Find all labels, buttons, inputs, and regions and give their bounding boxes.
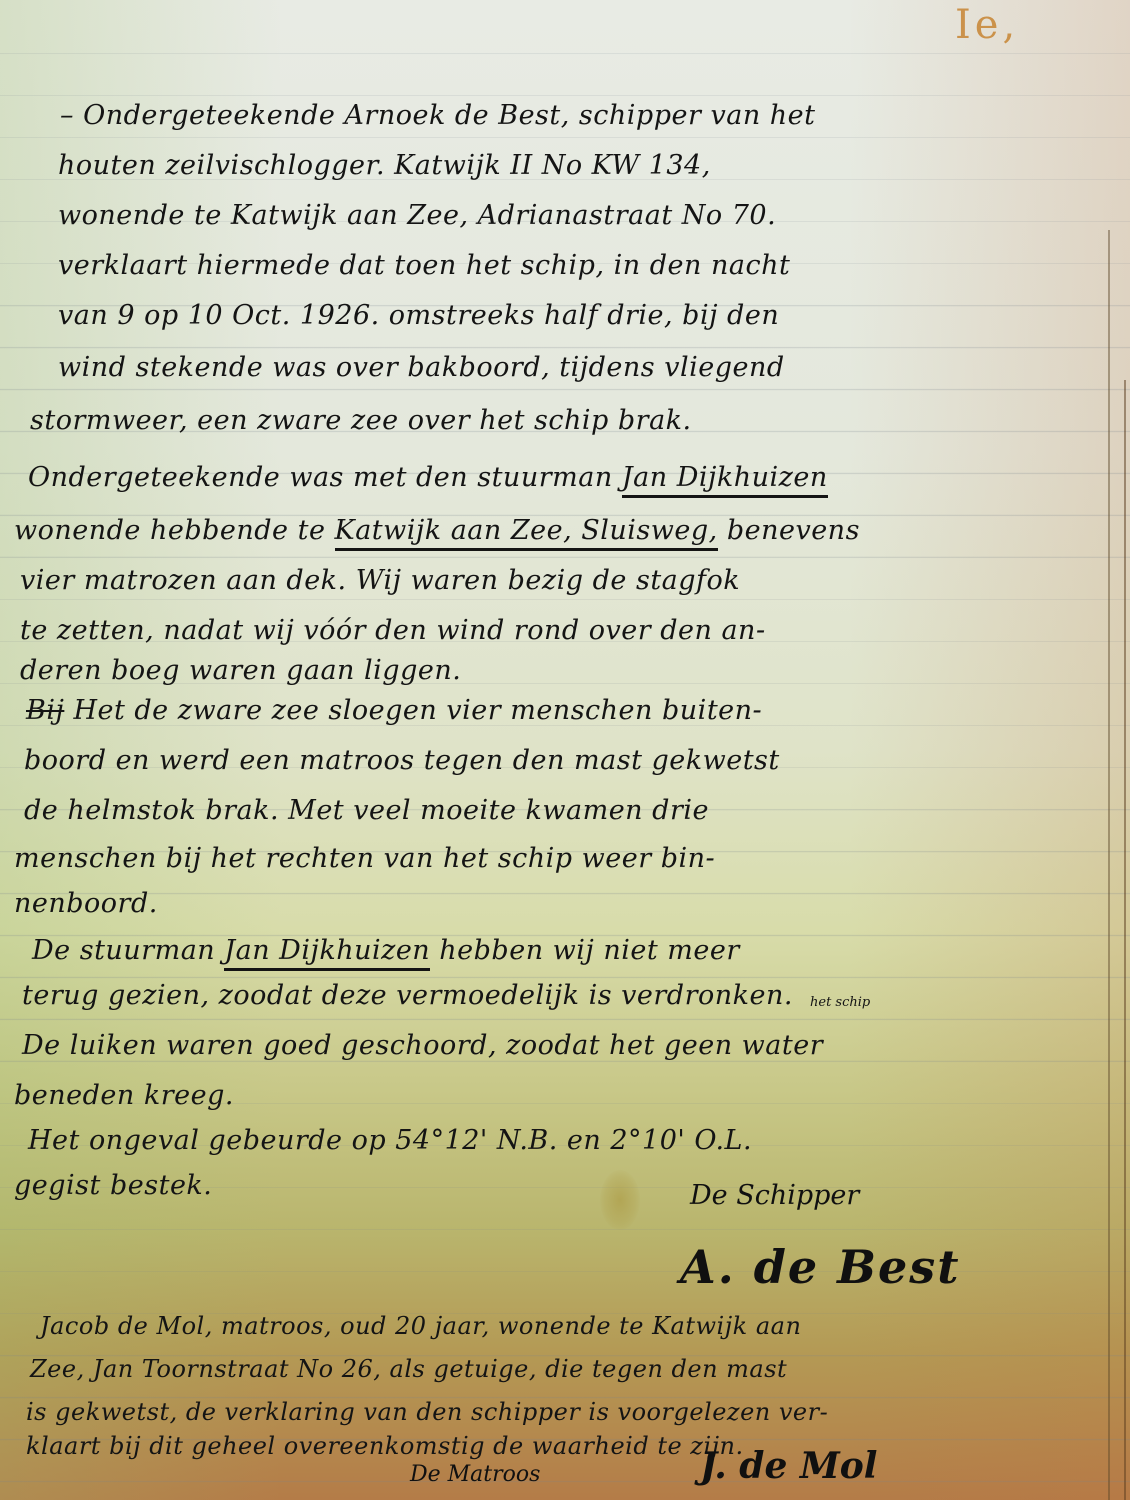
witness-line: Zee, Jan Toornstraat No 26, als getuige,… <box>30 1355 787 1383</box>
captain-signature: A. de Best <box>680 1240 960 1294</box>
body-line: gegist bestek. <box>14 1170 212 1201</box>
body-line: vier matrozen aan dek. Wij waren bezig d… <box>20 565 740 596</box>
body-line: beneden kreeg. <box>14 1080 234 1111</box>
body-text: De stuurman <box>32 935 224 966</box>
struck-word: Bij <box>26 695 64 726</box>
body-line: terug gezien, zoodat deze vermoedelijk i… <box>22 980 793 1011</box>
body-line: wind stekende was over bakboord, tijdens… <box>58 352 785 383</box>
body-line: Het ongeval gebeurde op 54°12' N.B. en 2… <box>28 1125 752 1156</box>
body-line: te zetten, nadat wij vóór den wind rond … <box>20 615 766 646</box>
margin-line <box>1108 230 1110 1500</box>
witness-line: klaart bij dit geheel overeenkomstig de … <box>26 1432 744 1460</box>
body-text: benevens <box>718 515 860 546</box>
insertion-text: het schip <box>810 995 870 1010</box>
body-line: nenboord. <box>14 888 158 919</box>
witness-signature-title: De Matroos <box>410 1462 540 1487</box>
underlined-name: Jan Dijkhuizen <box>622 462 828 498</box>
body-line: deren boeg waren gaan liggen. <box>20 655 461 686</box>
body-line: De luiken waren goed geschoord, zoodat h… <box>22 1030 823 1061</box>
body-text: hebben wij niet meer <box>430 935 740 966</box>
margin-line <box>1124 380 1126 1500</box>
body-line: wonende hebbende te Katwijk aan Zee, Slu… <box>14 515 860 546</box>
body-line: Bij Het de zware zee sloegen vier mensch… <box>26 695 762 726</box>
body-line: stormweer, een zware zee over het schip … <box>30 405 692 436</box>
body-line: menschen bij het rechten van het schip w… <box>14 843 715 874</box>
body-line: – Ondergeteekende Arnoek de Best, schipp… <box>60 100 816 131</box>
underlined-name: Jan Dijkhuizen <box>224 935 430 971</box>
witness-line: Jacob de Mol, matroos, oud 20 jaar, wone… <box>40 1312 801 1340</box>
body-line: De stuurman Jan Dijkhuizen hebben wij ni… <box>32 935 740 966</box>
body-text: Ondergeteekende was met den stuurman <box>28 462 622 493</box>
body-line: verklaart hiermede dat toen het schip, i… <box>58 250 790 281</box>
body-line: wonende te Katwijk aan Zee, Adrianastraa… <box>58 200 776 231</box>
body-line: de helmstok brak. Met veel moeite kwamen… <box>24 795 709 826</box>
body-line: houten zeilvischlogger. Katwijk II No KW… <box>58 150 711 181</box>
body-text: Het de zware zee sloegen vier menschen b… <box>64 695 762 726</box>
body-line: boord en werd een matroos tegen den mast… <box>24 745 780 776</box>
signature-title: De Schipper <box>690 1180 859 1211</box>
body-line: van 9 op 10 Oct. 1926. omstreeks half dr… <box>58 300 779 331</box>
witness-line: is gekwetst, de verklaring van den schip… <box>26 1398 828 1426</box>
body-line: Ondergeteekende was met den stuurman Jan… <box>28 462 828 493</box>
witness-signature: J. de Mol <box>700 1445 877 1487</box>
paper-stain <box>600 1170 640 1230</box>
underlined-address: Katwijk aan Zee, Sluisweg, <box>335 515 718 551</box>
body-text: wonende hebbende te <box>14 515 335 546</box>
page-mark: Ie, <box>955 2 1019 48</box>
